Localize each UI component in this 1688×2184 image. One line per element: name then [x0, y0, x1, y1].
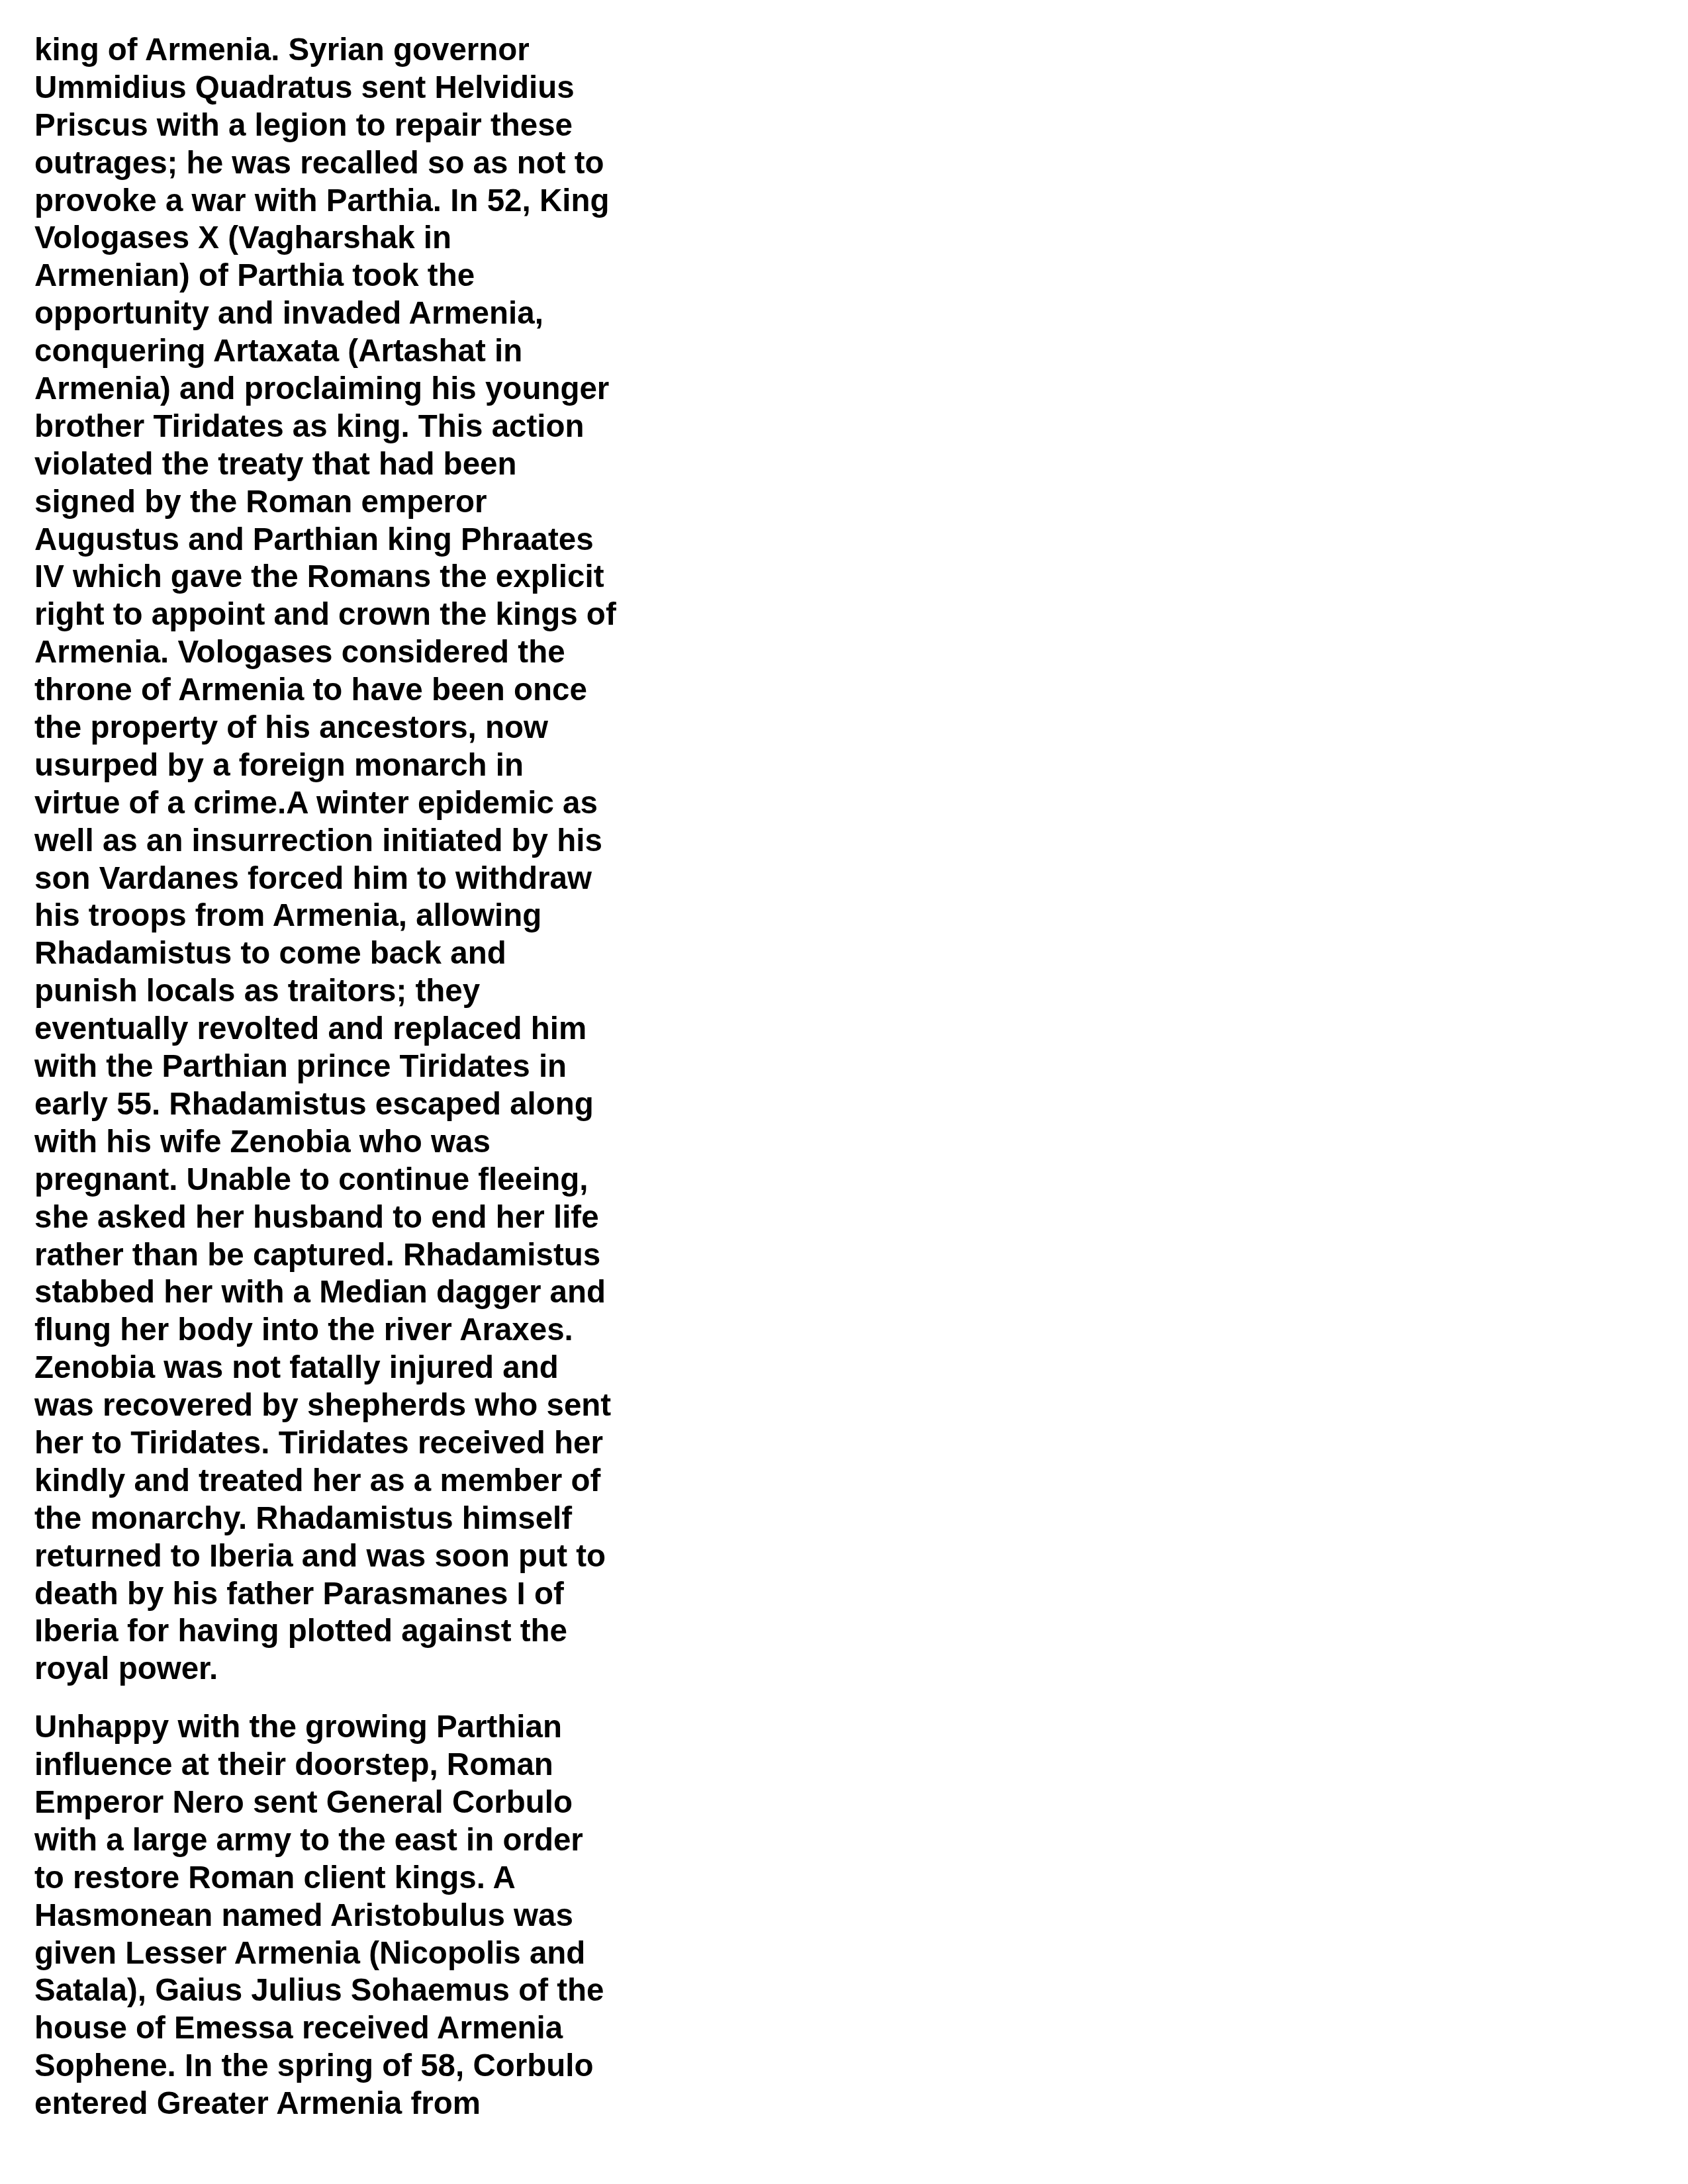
- text-line: Hasmonean named Aristobulus was: [34, 1897, 610, 1935]
- text-line: kindly and treated her as a member of: [34, 1463, 610, 1500]
- text-line: king of Armenia. Syrian governor: [34, 32, 610, 69]
- text-line: to restore Roman client kings. A: [34, 1860, 610, 1897]
- text-line: royal power.: [34, 1651, 610, 1688]
- text-line: Armenia. Vologases considered the: [34, 634, 610, 672]
- text-line: Rhadamistus to come back and: [34, 935, 610, 973]
- text-line: provoke a war with Parthia. In 52, King: [34, 183, 610, 220]
- text-line: Iberia for having plotted against the: [34, 1613, 610, 1651]
- text-line: pregnant. Unable to continue fleeing,: [34, 1161, 610, 1199]
- text-line: conquering Artaxata (Artashat in: [34, 333, 610, 371]
- text-line: influence at their doorstep, Roman: [34, 1747, 610, 1784]
- text-line: Priscus with a legion to repair these: [34, 107, 610, 145]
- text-line: with his wife Zenobia who was: [34, 1124, 610, 1161]
- text-line: Armenian) of Parthia took the: [34, 257, 610, 295]
- text-line: the property of his ancestors, now: [34, 709, 610, 747]
- text-line: opportunity and invaded Armenia,: [34, 295, 610, 333]
- text-line: punish locals as traitors; they: [34, 973, 610, 1011]
- text-line: Vologases X (Vagharshak in: [34, 220, 610, 257]
- text-line: rather than be captured. Rhadamistus: [34, 1237, 610, 1275]
- text-line: given Lesser Armenia (Nicopolis and: [34, 1935, 610, 1973]
- text-line: entered Greater Armenia from: [34, 2085, 610, 2123]
- text-line: IV which gave the Romans the explicit: [34, 559, 610, 596]
- text-line: right to appoint and crown the kings of: [34, 596, 610, 634]
- text-line: with a large army to the east in order: [34, 1822, 610, 1860]
- text-line: house of Emessa received Armenia: [34, 2010, 610, 2048]
- text-line: Zenobia was not fatally injured and: [34, 1349, 610, 1387]
- text-line: son Vardanes forced him to withdraw: [34, 860, 610, 898]
- text-line: eventually revolted and replaced him: [34, 1011, 610, 1048]
- text-line: was recovered by shepherds who sent: [34, 1387, 610, 1425]
- text-line: returned to Iberia and was soon put to: [34, 1538, 610, 1576]
- text-line: brother Tiridates as king. This action: [34, 408, 610, 446]
- paragraph-1: king of Armenia. Syrian governor Ummidiu…: [34, 32, 610, 1688]
- text-line: his troops from Armenia, allowing: [34, 897, 610, 935]
- text-line: Augustus and Parthian king Phraates: [34, 522, 610, 559]
- text-line: Unhappy with the growing Parthian: [34, 1709, 610, 1747]
- text-line: death by his father Parasmanes I of: [34, 1576, 610, 1614]
- text-line: Ummidius Quadratus sent Helvidius: [34, 69, 610, 107]
- text-line: outrages; he was recalled so as not to: [34, 145, 610, 183]
- text-column: king of Armenia. Syrian governor Ummidiu…: [34, 32, 610, 2123]
- text-line: flung her body into the river Araxes.: [34, 1312, 610, 1349]
- text-line: Sophene. In the spring of 58, Corbulo: [34, 2048, 610, 2085]
- text-line: well as an insurrection initiated by his: [34, 823, 610, 860]
- text-line: usurped by a foreign monarch in: [34, 747, 610, 785]
- text-line: early 55. Rhadamistus escaped along: [34, 1086, 610, 1124]
- text-line: throne of Armenia to have been once: [34, 672, 610, 709]
- text-line: with the Parthian prince Tiridates in: [34, 1048, 610, 1086]
- text-line: her to Tiridates. Tiridates received her: [34, 1425, 610, 1463]
- text-line: the monarchy. Rhadamistus himself: [34, 1500, 610, 1538]
- text-line: signed by the Roman emperor: [34, 484, 610, 522]
- text-line: she asked her husband to end her life: [34, 1199, 610, 1237]
- paragraph-2: Unhappy with the growing Parthian influe…: [34, 1709, 610, 2123]
- text-line: Satala), Gaius Julius Sohaemus of the: [34, 1972, 610, 2010]
- text-line: virtue of a crime.A winter epidemic as: [34, 785, 610, 823]
- text-line: violated the treaty that had been: [34, 446, 610, 484]
- text-line: Armenia) and proclaiming his younger: [34, 371, 610, 408]
- text-line: stabbed her with a Median dagger and: [34, 1274, 610, 1312]
- document-page: king of Armenia. Syrian governor Ummidiu…: [0, 0, 1688, 2184]
- text-line: Emperor Nero sent General Corbulo: [34, 1784, 610, 1822]
